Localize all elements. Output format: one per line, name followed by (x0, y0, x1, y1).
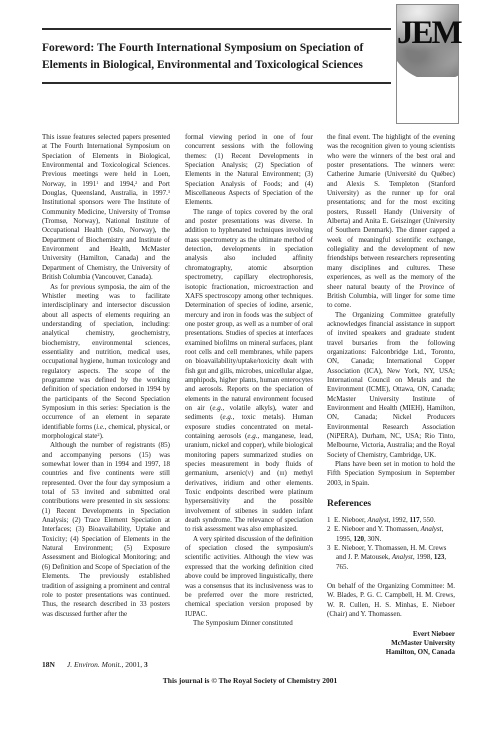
journal-logo-text: JEM (397, 17, 458, 50)
paragraph: The range of topics covered by the oral … (185, 208, 313, 535)
committee-paragraph: On behalf of the Organizing Committee: M… (327, 582, 455, 619)
signature-line: Evert Nieboer (327, 630, 455, 639)
paragraph: As for previous symposia, the aim of the… (42, 283, 170, 442)
paragraph: Plans have been set in motion to hold th… (327, 460, 455, 488)
paragraph: formal viewing period in one of four con… (185, 133, 313, 208)
copyright-line: This journal is © The Royal Society of C… (0, 676, 500, 685)
text-column-1: This issue features selected papers pres… (42, 133, 170, 619)
signature-line: McMaster University (327, 639, 455, 648)
page-footer-left: 18NJ. Environ. Monit., 2001, 3 (42, 660, 148, 669)
reference-item: 1 E. Nieboer, Analyst, 1992, 117, 550. (327, 516, 455, 525)
page-number: 18N (42, 660, 55, 669)
paragraph: The Symposium Dinner constituted (185, 619, 313, 628)
journal-logo: JEM (396, 4, 459, 124)
paragraph: This issue features selected papers pres… (42, 133, 170, 283)
text-column-2: formal viewing period in one of four con… (185, 133, 313, 628)
paragraph: the final event. The highlight of the ev… (327, 133, 455, 311)
text-column-3: the final event. The highlight of the ev… (327, 133, 455, 658)
paragraph: Although the number of registrants (85) … (42, 441, 170, 619)
reference-item: 2 E. Nieboer and Y. Thomassen, Analyst, … (327, 525, 455, 544)
header-rule-top (42, 28, 391, 30)
paragraph: A very spirited discussion of the defini… (185, 535, 313, 619)
header-rule-bottom (42, 82, 391, 84)
journal-page: Foreword: The Fourth International Sympo… (0, 0, 500, 748)
signature-line: Hamilton, ON, Canada (327, 648, 455, 657)
journal-citation: J. Environ. Monit., 2001, 3 (67, 660, 148, 669)
page-title: Foreword: The Fourth International Sympo… (42, 40, 394, 74)
paragraph: The Organizing Committee gratefully ackn… (327, 311, 455, 461)
reference-item: 3 E. Nieboer, Y. Thomassen, H. M. Crews … (327, 544, 455, 572)
references-heading: References (327, 499, 455, 510)
